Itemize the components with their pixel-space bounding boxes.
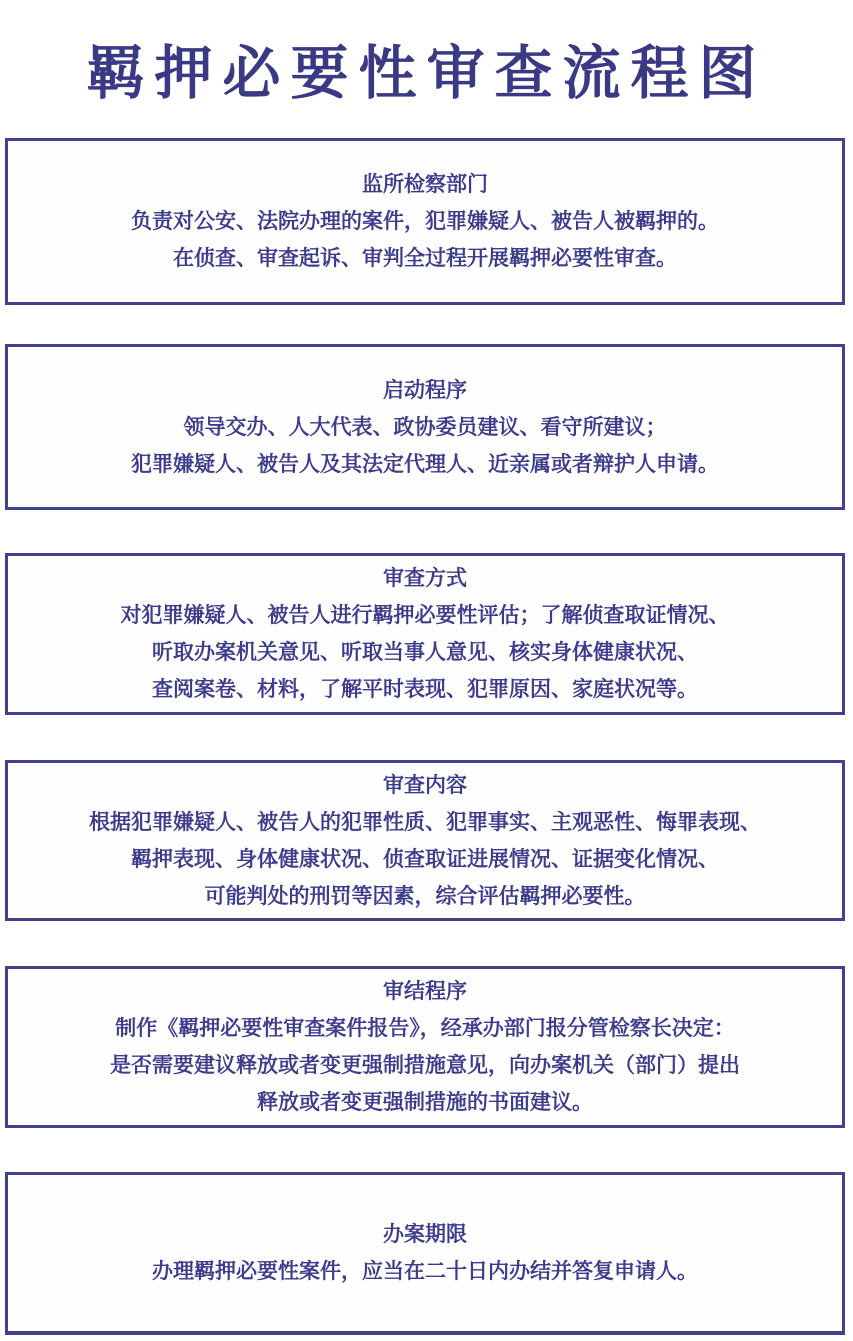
box-title: 启动程序 — [383, 372, 467, 409]
box-title: 审查方式 — [383, 560, 467, 597]
box-text-line: 制作《羁押必要性审查案件报告》，经承办部门报分管检察长决定： — [115, 1010, 735, 1047]
box-title: 监所检察部门 — [362, 166, 488, 203]
box-text-line: 羁押表现、身体健康状况、侦查取证进展情况、证据变化情况、 — [131, 841, 719, 878]
flow-box-review-content: 审查内容 根据犯罪嫌疑人、被告人的犯罪性质、犯罪事实、主观恶性、悔罪表现、 羁押… — [5, 760, 845, 921]
box-text-line: 负责对公安、法院办理的案件，犯罪嫌疑人、被告人被羁押的。 — [131, 203, 719, 240]
box-text-line: 犯罪嫌疑人、被告人及其法定代理人、近亲属或者辩护人申请。 — [131, 446, 719, 483]
box-title: 审结程序 — [383, 973, 467, 1010]
box-text-line: 听取办案机关意见、听取当事人意见、核实身体健康状况、 — [152, 634, 698, 671]
flow-box-conclusion-procedure: 审结程序 制作《羁押必要性审查案件报告》，经承办部门报分管检察长决定： 是否需要… — [5, 966, 845, 1128]
box-text-line: 是否需要建议释放或者变更强制措施意见，向办案机关（部门）提出 — [110, 1047, 740, 1084]
box-text-line: 根据犯罪嫌疑人、被告人的犯罪性质、犯罪事实、主观恶性、悔罪表现、 — [89, 804, 761, 841]
box-text-line: 领导交办、人大代表、政协委员建议、看守所建议； — [184, 409, 667, 446]
flow-box-initiation-procedure: 启动程序 领导交办、人大代表、政协委员建议、看守所建议； 犯罪嫌疑人、被告人及其… — [5, 344, 845, 510]
box-text-line: 查阅案卷、材料，了解平时表现、犯罪原因、家庭状况等。 — [152, 671, 698, 708]
box-text-line: 可能判处的刑罚等因素，综合评估羁押必要性。 — [205, 878, 646, 915]
box-title: 办案期限 — [383, 1216, 467, 1253]
flow-box-review-method: 审查方式 对犯罪嫌疑人、被告人进行羁押必要性评估；了解侦查取证情况、 听取办案机… — [5, 553, 845, 715]
box-title: 审查内容 — [383, 767, 467, 804]
flow-box-handling-time-limit: 办案期限 办理羁押必要性案件，应当在二十日内办结并答复申请人。 — [5, 1172, 845, 1335]
page-title: 羁押必要性审查流程图 — [0, 38, 853, 110]
box-text-line: 释放或者变更强制措施的书面建议。 — [257, 1084, 593, 1121]
box-text-line: 在侦查、审查起诉、审判全过程开展羁押必要性审查。 — [173, 240, 677, 277]
flow-box-jail-supervision-dept: 监所检察部门 负责对公安、法院办理的案件，犯罪嫌疑人、被告人被羁押的。 在侦查、… — [5, 138, 845, 305]
box-text-line: 办理羁押必要性案件，应当在二十日内办结并答复申请人。 — [152, 1253, 698, 1290]
box-text-line: 对犯罪嫌疑人、被告人进行羁押必要性评估；了解侦查取证情况、 — [121, 597, 730, 634]
